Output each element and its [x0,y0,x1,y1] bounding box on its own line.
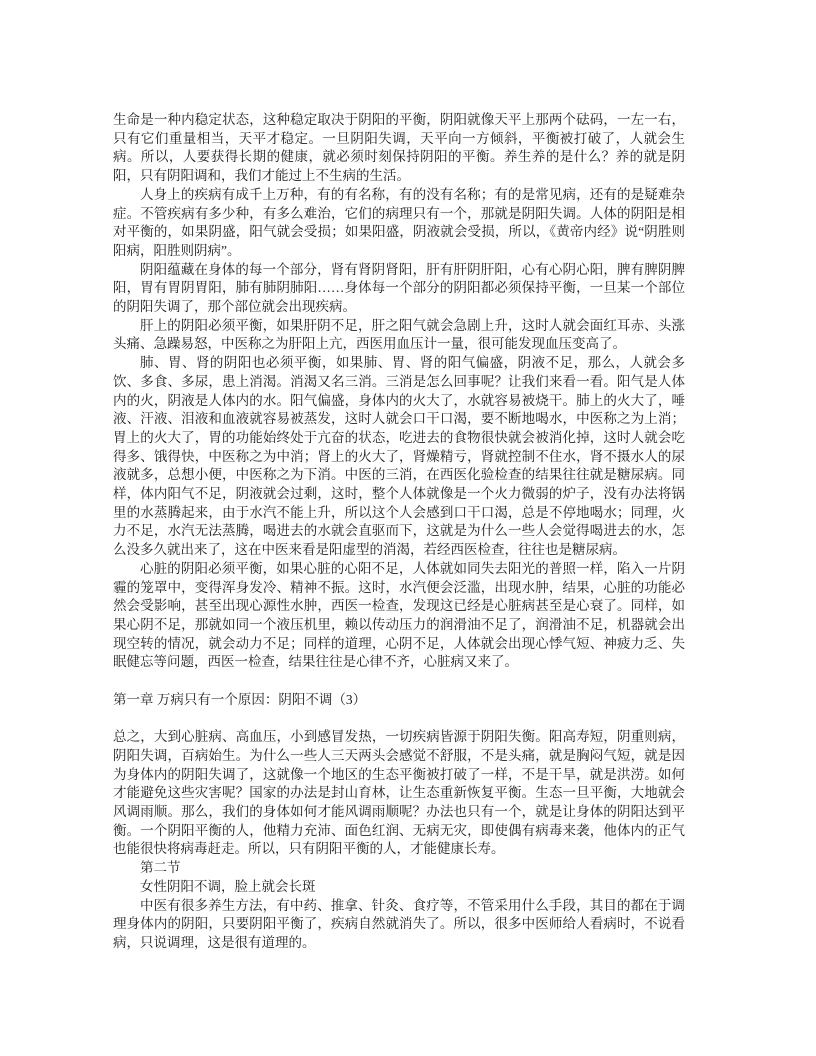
body-paragraph: 阴阳蕴藏在身体的每一个部分，肾有肾阴肾阳，肝有肝阴肝阳，心有心阴心阳，脾有脾阴脾… [113,261,685,317]
body-paragraph: 总之，大到心脏病、高血压，小到感冒发热，一切疾病皆源于阴阳失衡。阳高寿短，阴重则… [113,728,685,859]
section-number: 第二节 [113,859,685,878]
body-paragraph: 中医有很多养生方法，有中药、推拿、针灸、食疗等，不管采用什么手段，其目的都在于调… [113,897,685,953]
document-page: 生命是一种内稳定状态，这种稳定取决于阴阳的平衡，阴阳就像天平上那两个砝码，一左一… [113,111,685,953]
body-paragraph: 肺、胃、肾的阴阳也必须平衡，如果肺、胃、肾的阳气偏盛，阴液不足，那么，人就会多饮… [113,354,685,560]
body-paragraph: 生命是一种内稳定状态，这种稳定取决于阴阳的平衡，阴阳就像天平上那两个砝码，一左一… [113,111,685,186]
body-paragraph: 人身上的疾病有成千上万种，有的有名称，有的没有名称；有的是常见病，还有的是疑难杂… [113,186,685,261]
section-title: 女性阴阳不调，脸上就会长斑 [113,878,685,897]
body-paragraph: 肝上的阴阳必须平衡，如果肝阴不足，肝之阳气就会急剧上升，这时人就会面红耳赤、头涨… [113,317,685,354]
chapter-heading: 第一章 万病只有一个原因：阴阳不调（3） [113,691,685,710]
body-paragraph: 心脏的阴阳必须平衡，如果心脏的心阳不足，人体就如同失去阳光的普照一样，陷入一片阴… [113,560,685,672]
